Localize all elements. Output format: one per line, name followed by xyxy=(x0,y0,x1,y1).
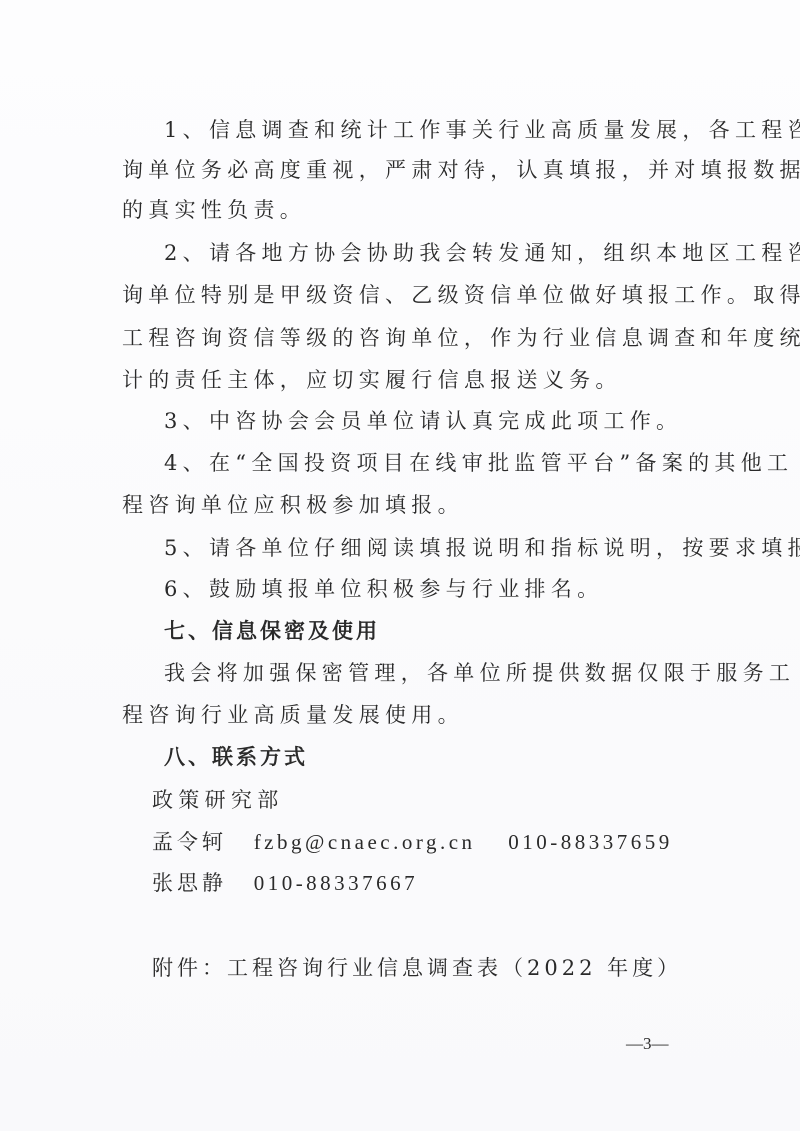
contact-row-1: 孟令轲 fzbg@cnaec.org.cn 010-88337659 xyxy=(152,829,673,855)
document-page: 1、信息调查和统计工作事关行业高质量发展，各工程咨 询单位务必高度重视，严肃对待… xyxy=(0,0,800,1131)
contact-name: 张思静 xyxy=(152,870,227,896)
attachment-line: 附件：工程咨询行业信息调查表（2022 年度） xyxy=(152,955,712,981)
contact-phone: 010-88337659 xyxy=(508,829,673,855)
item-1-line-2: 询单位务必高度重视，严肃对待，认真填报，并对填报数据 xyxy=(122,157,682,183)
item-5-line-1: 5、请各单位仔细阅读填报说明和指标说明，按要求填报。 xyxy=(164,535,724,561)
department: 政策研究部 xyxy=(152,787,712,813)
item-6-line-1: 6、鼓励填报单位积极参与行业排名。 xyxy=(164,576,724,602)
item-2-line-2: 询单位特别是甲级资信、乙级资信单位做好填报工作。取得 xyxy=(122,282,682,308)
section-7-line-2: 程咨询行业高质量发展使用。 xyxy=(122,702,682,728)
item-3-line-1: 3、中咨协会会员单位请认真完成此项工作。 xyxy=(164,408,724,434)
item-1-line-1: 1、信息调查和统计工作事关行业高质量发展，各工程咨 xyxy=(164,117,724,143)
contact-email[interactable]: fzbg@cnaec.org.cn xyxy=(254,829,476,855)
item-1-line-3: 的真实性负责。 xyxy=(122,197,682,223)
contact-phone: 010-88337667 xyxy=(254,870,419,896)
item-2-line-3: 工程咨询资信等级的咨询单位，作为行业信息调查和年度统 xyxy=(122,325,682,351)
item-2-line-1: 2、请各地方协会协助我会转发通知，组织本地区工程咨 xyxy=(164,240,724,266)
section-7-heading: 七、信息保密及使用 xyxy=(164,618,724,644)
contact-row-2: 张思静 010-88337667 xyxy=(152,870,418,896)
contact-name: 孟令轲 xyxy=(152,829,227,855)
section-7-line-1: 我会将加强保密管理，各单位所提供数据仅限于服务工 xyxy=(164,660,724,686)
item-4-line-1: 4、在“全国投资项目在线审批监管平台”备案的其他工 xyxy=(164,450,724,476)
item-2-line-4: 计的责任主体，应切实履行信息报送义务。 xyxy=(122,367,682,393)
section-8-heading: 八、联系方式 xyxy=(164,744,724,770)
page-number: —3— xyxy=(626,1034,669,1054)
item-4-line-2: 程咨询单位应积极参加填报。 xyxy=(122,492,682,518)
